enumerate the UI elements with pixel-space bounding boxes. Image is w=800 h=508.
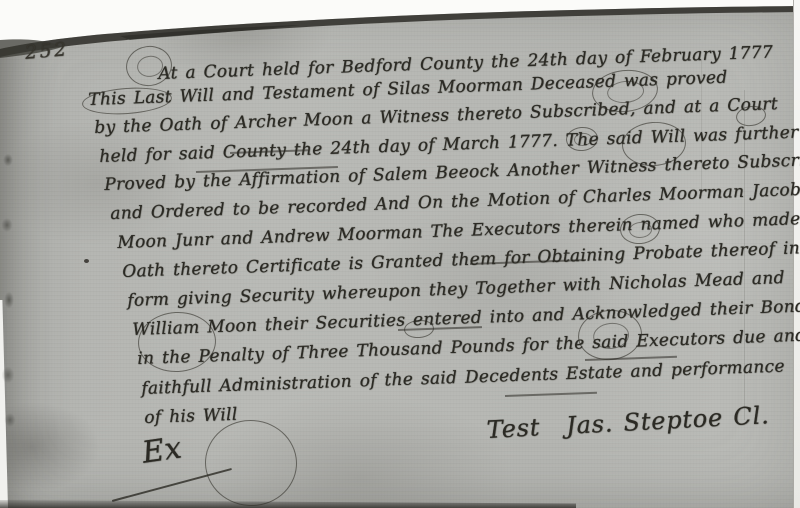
manuscript-line: of his Will [144, 405, 238, 428]
page-number: 252 [24, 38, 70, 64]
flourish-loop [202, 417, 300, 508]
scanned-court-record-page: 252 At a Court held for Bedford County t… [0, 0, 800, 508]
attestation-label: Test [486, 413, 541, 444]
ink-dot [84, 259, 89, 263]
clerk-signature: Jas. Steptoe Cl. [565, 401, 770, 440]
clerk-attestation: TestJas. Steptoe Cl. [486, 401, 770, 444]
scan-bottom-edge [0, 498, 576, 508]
paper-edge-smudges [0, 120, 26, 450]
executor-mark: Ex [140, 431, 184, 471]
strike-mark [505, 392, 597, 397]
